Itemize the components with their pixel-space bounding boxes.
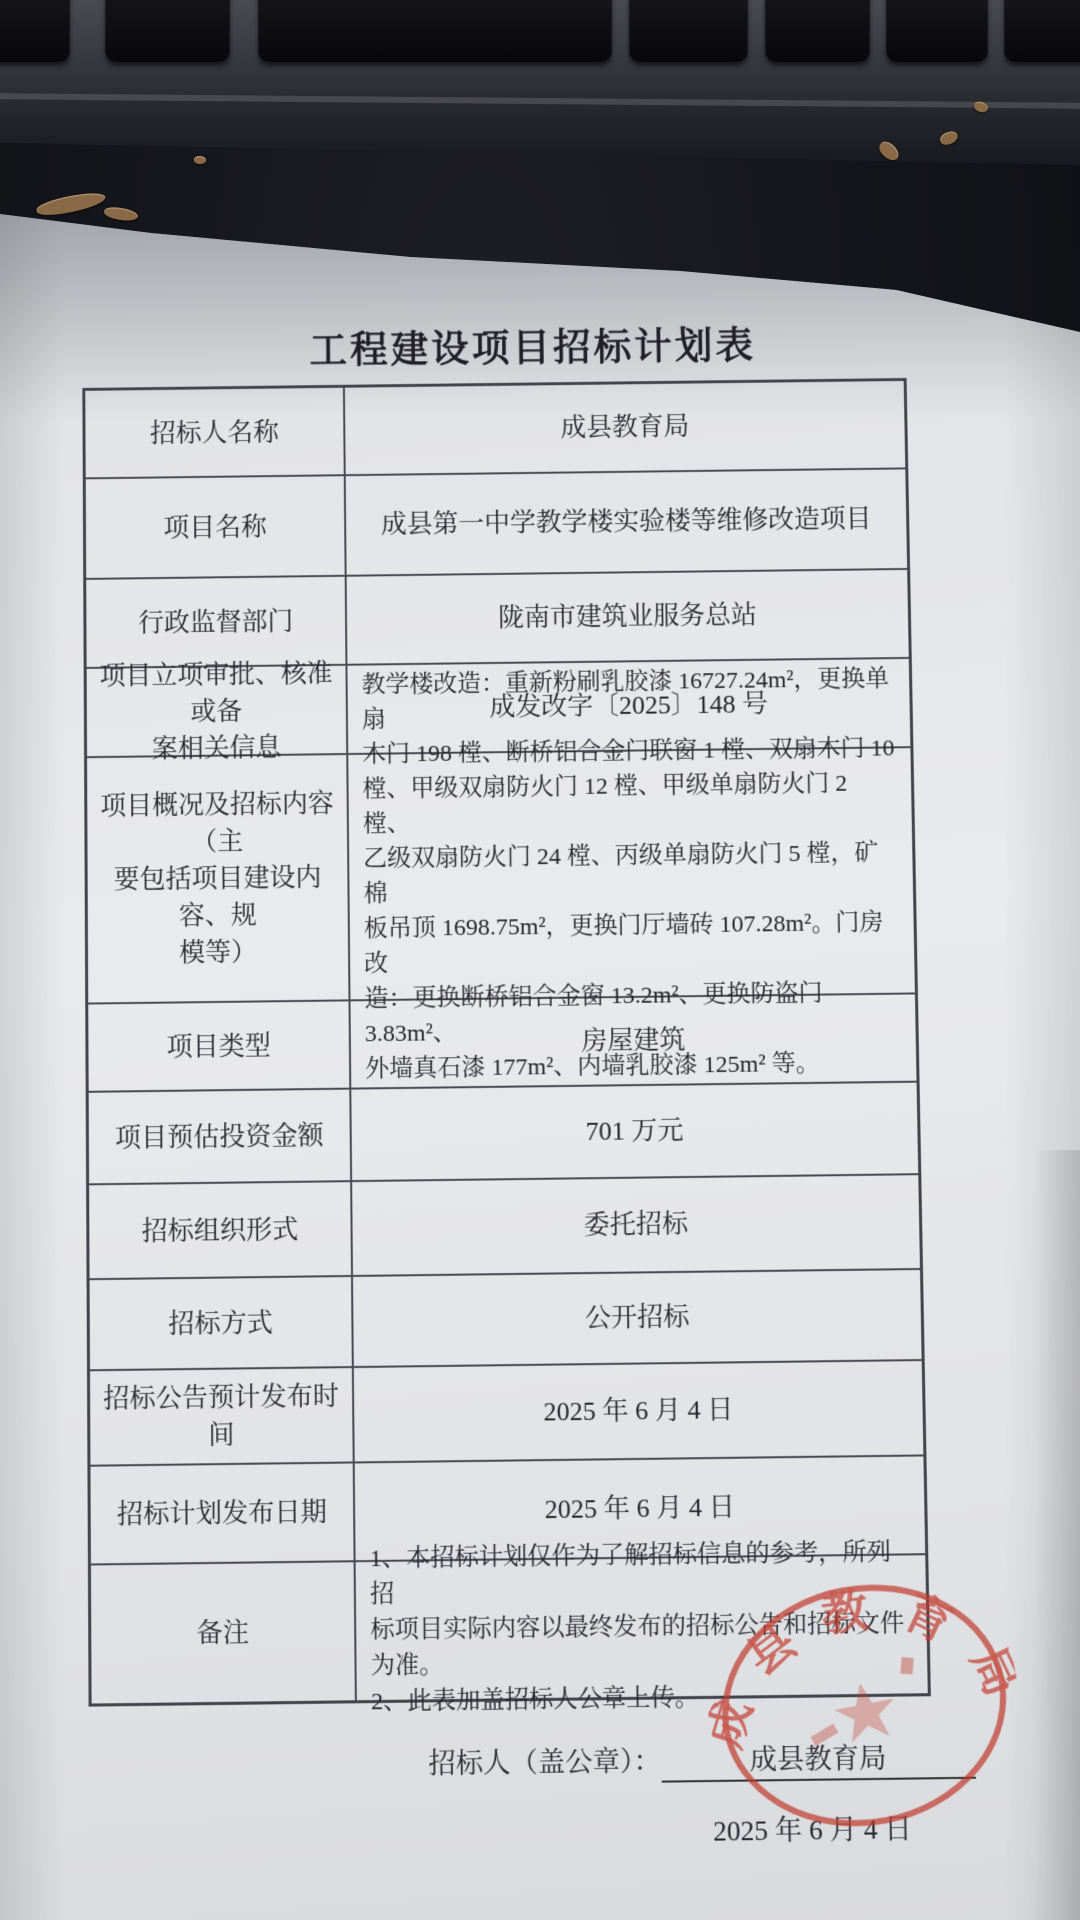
row-label: 行政监督部门 xyxy=(86,577,347,667)
table-row: 行政监督部门 陇南市建筑业服务总站 xyxy=(86,568,909,667)
keyboard-key xyxy=(629,0,748,62)
row-value: 成县教育局 xyxy=(345,381,905,474)
row-label: 项目概况及招标内容（主 要包括项目建设内容、规 模等） xyxy=(87,755,350,1003)
row-label: 项目预估投资金额 xyxy=(89,1090,352,1184)
keyboard-key xyxy=(765,0,870,62)
row-label: 招标组织形式 xyxy=(89,1182,353,1278)
row-label: 招标计划发布日期 xyxy=(90,1463,355,1563)
keyboard-front-edge xyxy=(0,93,1080,108)
row-label: 项目类型 xyxy=(88,1001,351,1090)
table-row: 项目类型 房屋建筑 xyxy=(88,992,916,1090)
keyboard-key xyxy=(258,0,612,62)
keyboard-key xyxy=(886,0,988,62)
official-seal-stamp: 成县教育局 xyxy=(687,1542,1043,1870)
document-title: 工程建设项目招标计划表 xyxy=(0,310,1068,377)
row-label: 项目名称 xyxy=(86,476,347,578)
bidding-plan-table: 招标人名称 成县教育局 项目名称 成县第一中学教学楼实验楼等维修改造项目 行政监… xyxy=(82,378,931,1707)
row-value: 陇南市建筑业服务总站 xyxy=(347,570,909,664)
sign-label: 招标人（盖公章）： xyxy=(428,1746,661,1780)
keyboard-key xyxy=(1004,0,1080,62)
table-row: 招标公告预计发布时间 2025 年 6 月 4 日 xyxy=(90,1359,923,1465)
row-label: 备注 xyxy=(91,1562,357,1703)
row-label: 招标人名称 xyxy=(85,388,345,478)
photo-scene: 工程建设项目招标计划表 招标人名称 成县教育局 项目名称 成县第一中学教学楼实验… xyxy=(0,0,1080,1920)
seal-star xyxy=(830,1677,900,1745)
table-row: 项目名称 成县第一中学教学楼实验楼等维修改造项目 xyxy=(86,467,907,577)
table-row: 项目概况及招标内容（主 要包括项目建设内容、规 模等） 教学楼改造：重新粉刷乳胶… xyxy=(87,746,915,1002)
keyboard-key xyxy=(105,0,230,62)
row-value: 委托招标 xyxy=(352,1175,920,1275)
row-value: 房屋建筑 xyxy=(351,994,917,1087)
row-value: 教学楼改造：重新粉刷乳胶漆 16727.24m²，更换单扇 木门 198 樘、断… xyxy=(348,748,915,999)
keyboard-key xyxy=(0,0,70,62)
table-row: 招标人名称 成县教育局 xyxy=(85,381,905,477)
row-label: 招标公告预计发布时间 xyxy=(90,1368,355,1465)
row-value: 2025 年 6 月 4 日 xyxy=(354,1361,924,1461)
table-row: 招标方式 公开招标 xyxy=(90,1268,922,1369)
row-label: 项目立项审批、核准或备 案相关信息 xyxy=(87,666,349,756)
row-value: 701 万元 xyxy=(351,1083,918,1180)
document-content: 工程建设项目招标计划表 招标人名称 成县教育局 项目名称 成县第一中学教学楼实验… xyxy=(0,217,1080,1858)
table-row: 招标组织形式 委托招标 xyxy=(89,1173,920,1278)
debris-speck xyxy=(194,156,206,164)
table-row: 项目预估投资金额 701 万元 xyxy=(89,1081,919,1184)
row-value: 公开招标 xyxy=(353,1270,922,1366)
row-value: 成县第一中学教学楼实验楼等维修改造项目 xyxy=(346,469,907,574)
row-label: 招标方式 xyxy=(90,1277,354,1369)
